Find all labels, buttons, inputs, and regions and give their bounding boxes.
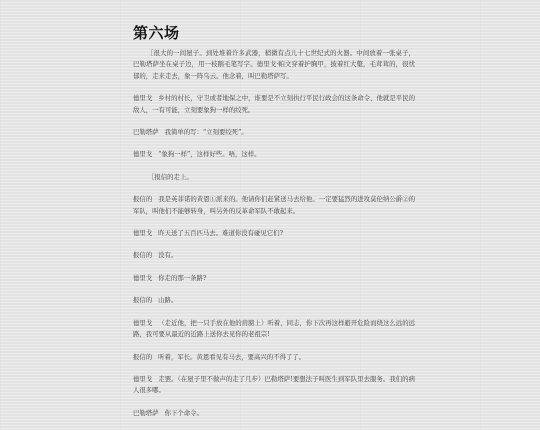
- dialogue-text: （走近他，把一只手放在他的肩膀上）听着，同志，你下次再这样避开危险而绕这么远的远…: [133, 319, 415, 338]
- dialogue-text: 听着，军长。黄恩看见有马去，要高兴的不得了了。: [158, 353, 305, 361]
- dialogue-text: 我简单的写：“立刻要绞死”。: [165, 128, 248, 136]
- speaker-name: 德里戈: [133, 94, 152, 102]
- speaker-name: 德里戈: [133, 375, 152, 383]
- dialogue-text: 你走的那一条路?: [158, 274, 206, 282]
- scene-title: 第六场: [133, 24, 415, 42]
- speaker-name: 报信的: [133, 195, 152, 203]
- dialogue-line: 德里戈“象狗一样”，这样好些。唔，这样。: [133, 149, 415, 160]
- dialogue-text: 我是英菲诺的黄恩①派来的。他请你们赶紧送马去给他。一定要猛烈的进攻莫伦纳公爵②的…: [133, 195, 415, 214]
- dialogue-text: 走罢。（在屋子里不做声的走了几步）巴勒塔萨!要想法子叫医生到军队里去服务。我们的…: [133, 375, 415, 394]
- document-page: 第六场 ［很大的一间屋子。到处堆着许多武器，稍微有点儿十七世纪式的火器。中间放着…: [133, 24, 415, 405]
- speaker-name: 德里戈: [133, 229, 152, 237]
- dialogue-line: 德里戈（走近他，把一只手放在他的肩膀上）听着，同志，你下次再这样避开危险而绕这么…: [133, 318, 415, 341]
- dialogue-line: 德里戈乡村的村长，守卫或者地保之中，谁要是不立刻执行平民行政会的这条命令，他就是…: [133, 93, 415, 116]
- dialogue-text: “象狗一样”，这样好些。唔，这样。: [158, 150, 260, 158]
- dialogue-line: 德里戈你走的那一条路?: [133, 273, 415, 284]
- dialogue-line: 德里戈走罢。（在屋子里不做声的走了几步）巴勒塔萨!要想法子叫医生到军队里去服务。…: [133, 374, 415, 397]
- speaker-name: 巴勒塔萨: [133, 128, 159, 136]
- speaker-name: 德里戈: [133, 319, 152, 327]
- dialogue-line: 报信的听着，军长。黄恩看见有马去，要高兴的不得了了。: [133, 352, 415, 363]
- dialogue-line: 巴勒塔萨我简单的写：“立刻要绞死”。: [133, 127, 415, 138]
- speaker-name: 报信的: [133, 251, 152, 259]
- dialogue-text: 没有。: [158, 251, 177, 259]
- dialogue-text: 昨天送了五百匹马去。难道你没有碰见它们?: [158, 229, 283, 237]
- dialogue-line: 报信的山路。: [133, 295, 415, 306]
- stage-direction-text: ［报信的走上。: [148, 173, 193, 181]
- speaker-name: 报信的: [133, 353, 152, 361]
- speaker-name: 德里戈: [133, 150, 152, 158]
- stage-direction: ［报信的走上。: [133, 172, 415, 183]
- dialogue-text: 山路。: [158, 296, 177, 304]
- speaker-name: 德里戈: [133, 274, 152, 282]
- dialogue-line: 报信的我是英菲诺的黄恩①派来的。他请你们赶紧送马去给他。一定要猛烈的进攻莫伦纳公…: [133, 194, 415, 217]
- speaker-name: 报信的: [133, 296, 152, 304]
- dialogue-line: 报信的没有。: [133, 250, 415, 261]
- dialogue-line: 德里戈昨天送了五百匹马去。难道你没有碰见它们?: [133, 228, 415, 239]
- stage-direction-text: ［很大的一间屋子。到处堆着许多武器，稍微有点儿十七世纪式的火器。中间放着一张桌子…: [133, 49, 415, 80]
- stage-direction: ［很大的一间屋子。到处堆着许多武器，稍微有点儿十七世纪式的火器。中间放着一张桌子…: [133, 48, 415, 82]
- dialogue-text: 乡村的村长，守卫或者地保之中，谁要是不立刻执行平民行政会的这条命令，他就是平民的…: [133, 94, 415, 113]
